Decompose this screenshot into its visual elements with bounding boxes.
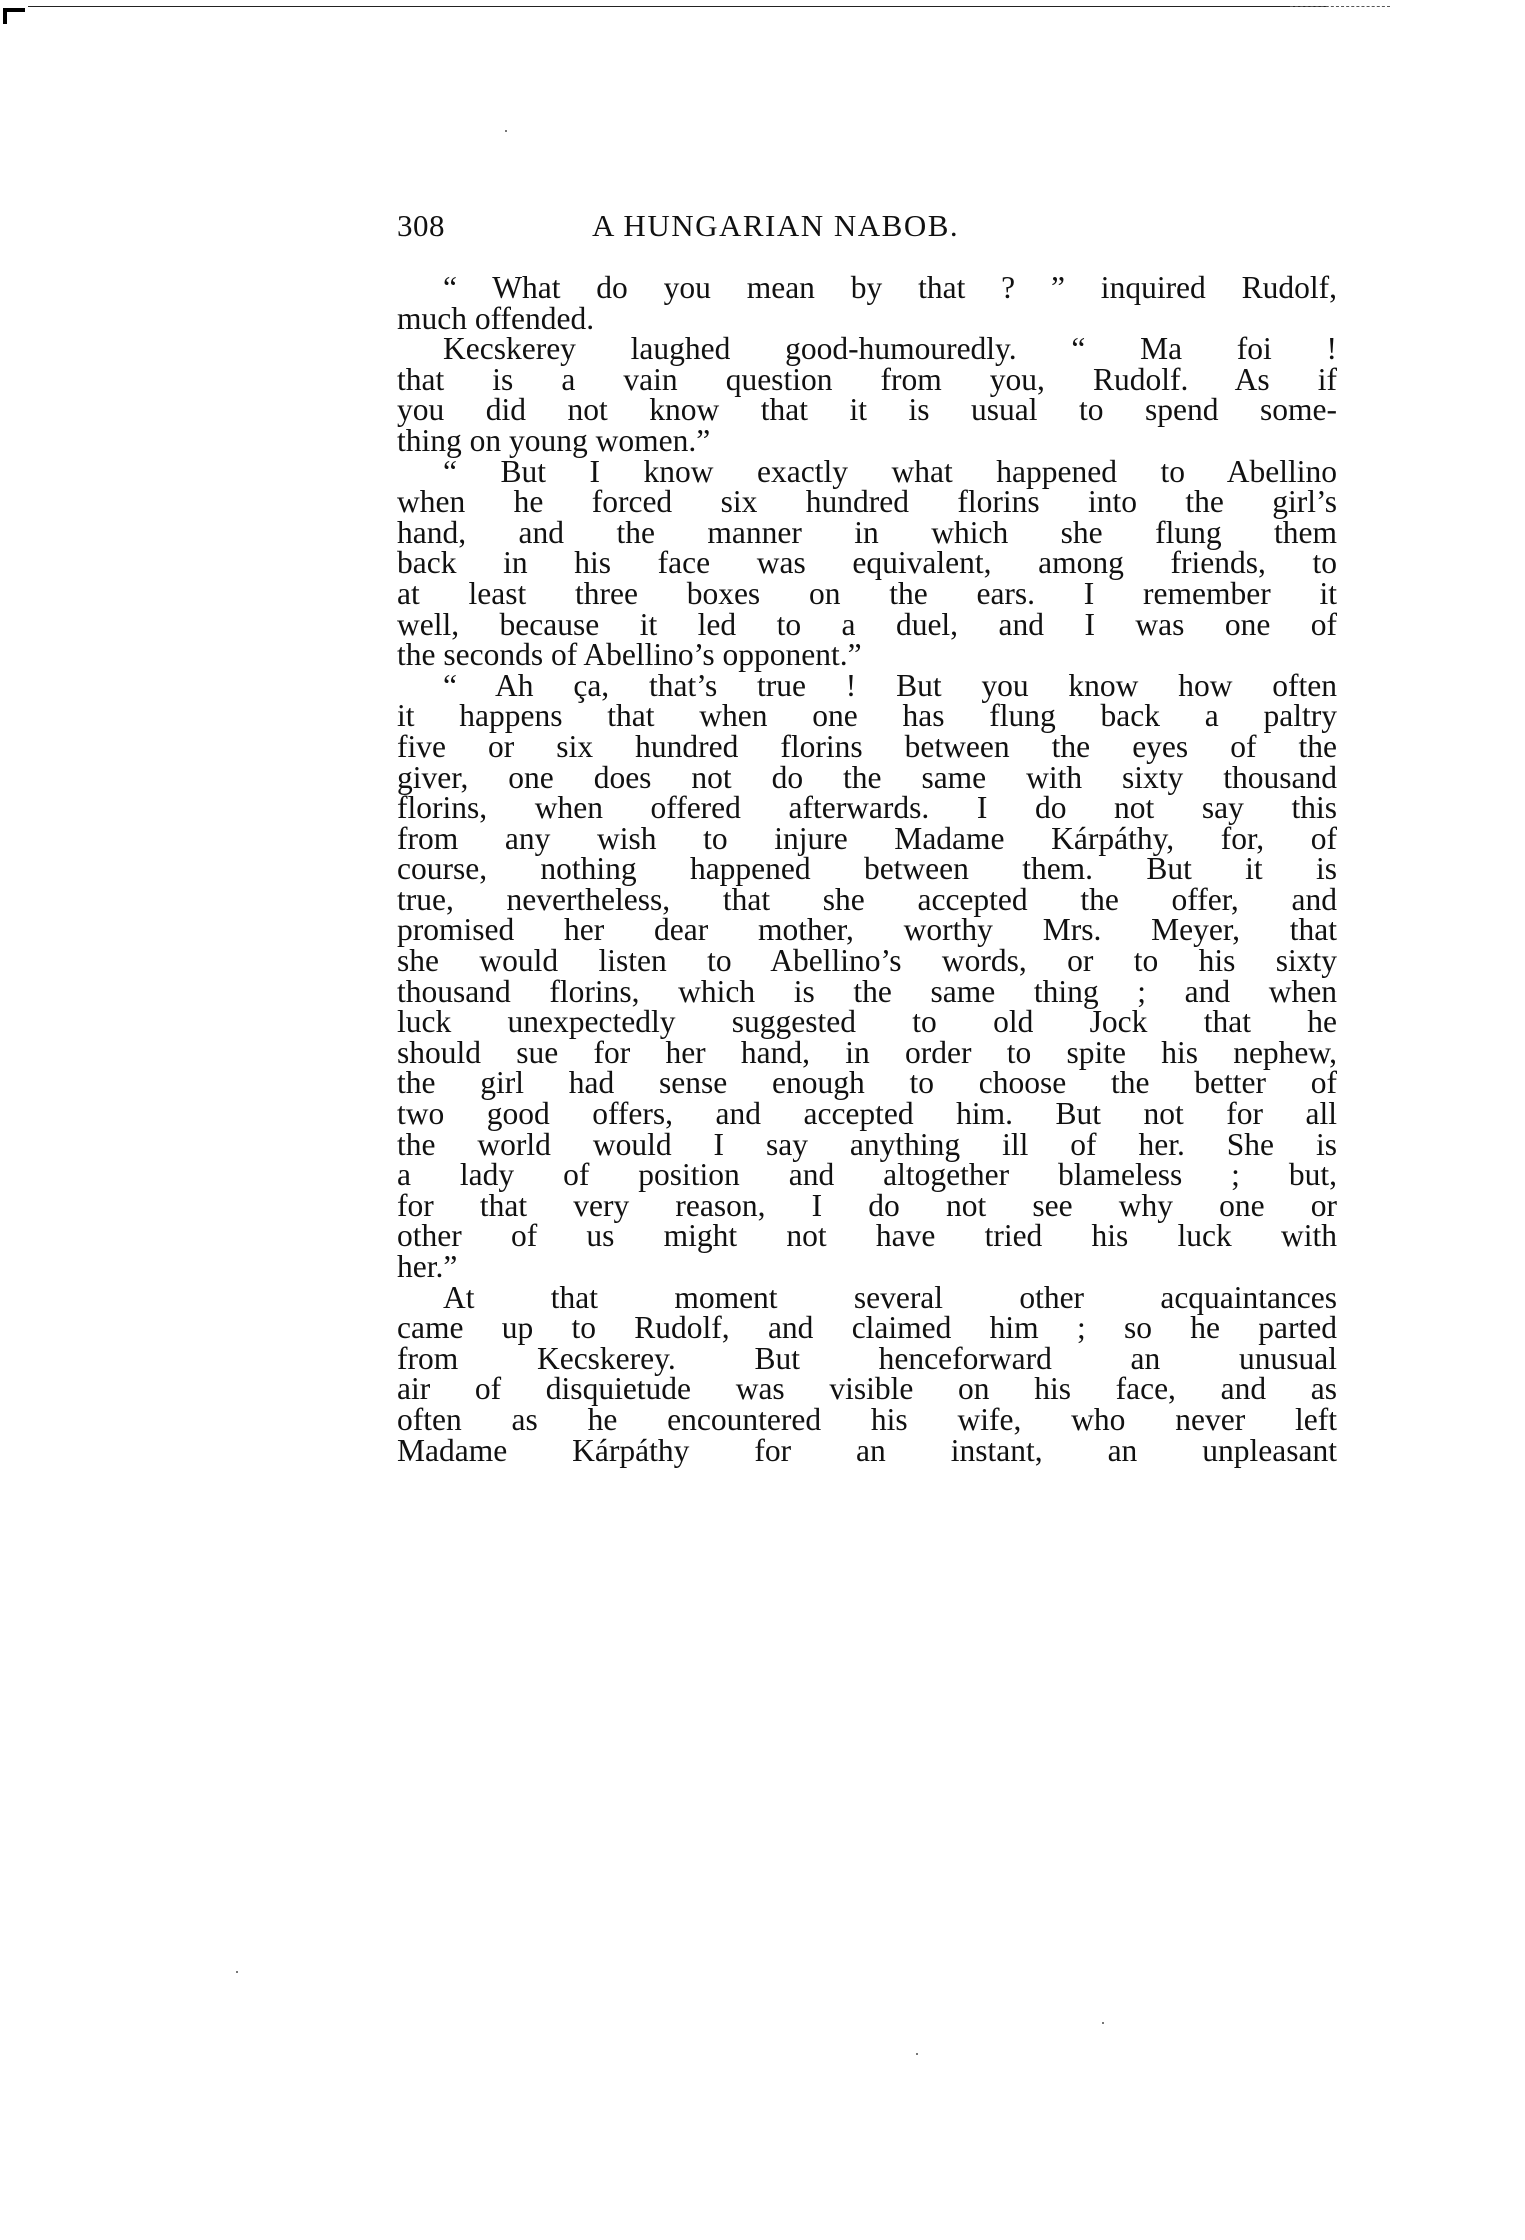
text-line: the girl had sense enough to choose the … (397, 1068, 1337, 1099)
text-line: well, because it led to a duel, and I wa… (397, 610, 1337, 641)
text-line: other of us might not have tried his luc… (397, 1221, 1337, 1252)
running-head: 308 A HUNGARIAN NABOB. (397, 208, 1337, 248)
scan-speck (916, 2053, 918, 2055)
scan-corner-mark (3, 8, 25, 24)
text-line: “ What do you mean by that ? ” inquired … (397, 273, 1337, 304)
text-line: florins, when offered afterwards. I do n… (397, 793, 1337, 824)
text-line: course, nothing happened between them. B… (397, 854, 1337, 885)
text-line: her.” (397, 1252, 1337, 1283)
text-line: Kecskerey laughed good-humouredly. “ Ma … (397, 334, 1337, 365)
page-number: 308 (397, 208, 445, 244)
text-line: At that moment several other acquaintanc… (397, 1283, 1337, 1314)
text-line: at least three boxes on the ears. I reme… (397, 579, 1337, 610)
text-line: promised her dear mother, worthy Mrs. Me… (397, 915, 1337, 946)
text-line: five or six hundred florins between the … (397, 732, 1337, 763)
body-text: “ What do you mean by that ? ” inquired … (397, 273, 1337, 1466)
text-line: “ But I know exactly what happened to Ab… (397, 457, 1337, 488)
text-line: the seconds of Abellino’s opponent.” (397, 640, 1337, 671)
text-line: came up to Rudolf, and claimed him ; so … (397, 1313, 1337, 1344)
text-line: air of disquietude was visible on his fa… (397, 1374, 1337, 1405)
text-line: it happens that when one has flung back … (397, 701, 1337, 732)
text-line: she would listen to Abellino’s words, or… (397, 946, 1337, 977)
text-line: “ Ah ça, that’s true ! But you know how … (397, 671, 1337, 702)
text-line: should sue for her hand, in order to spi… (397, 1038, 1337, 1069)
scan-speck (505, 130, 507, 132)
text-line: a lady of position and altogether blamel… (397, 1160, 1337, 1191)
text-line: from any wish to injure Madame Kárpáthy,… (397, 824, 1337, 855)
text-line: the world would I say anything ill of he… (397, 1130, 1337, 1161)
text-line: luck unexpectedly suggested to old Jock … (397, 1007, 1337, 1038)
text-line: that is a vain question from you, Rudolf… (397, 365, 1337, 396)
running-head-title: A HUNGARIAN NABOB. (592, 208, 959, 244)
text-line: giver, one does not do the same with six… (397, 763, 1337, 794)
scan-speck (236, 1971, 238, 1973)
text-line: true, nevertheless, that she accepted th… (397, 885, 1337, 916)
scan-top-rule-faint (1290, 6, 1390, 7)
text-line: much offended. (397, 304, 1337, 335)
text-line: two good offers, and accepted him. But n… (397, 1099, 1337, 1130)
text-line: from Kecskerey. But henceforward an unus… (397, 1344, 1337, 1375)
text-line: back in his face was equivalent, among f… (397, 548, 1337, 579)
text-line: you did not know that it is usual to spe… (397, 395, 1337, 426)
scan-top-rule (28, 6, 1328, 7)
text-line: often as he encountered his wife, who ne… (397, 1405, 1337, 1436)
text-line: Madame Kárpáthy for an instant, an unple… (397, 1436, 1337, 1467)
text-line: when he forced six hundred florins into … (397, 487, 1337, 518)
text-line: hand, and the manner in which she flung … (397, 518, 1337, 549)
text-line: for that very reason, I do not see why o… (397, 1191, 1337, 1222)
text-line: thing on young women.” (397, 426, 1337, 457)
text-line: thousand florins, which is the same thin… (397, 977, 1337, 1008)
scan-speck (1102, 2022, 1104, 2024)
